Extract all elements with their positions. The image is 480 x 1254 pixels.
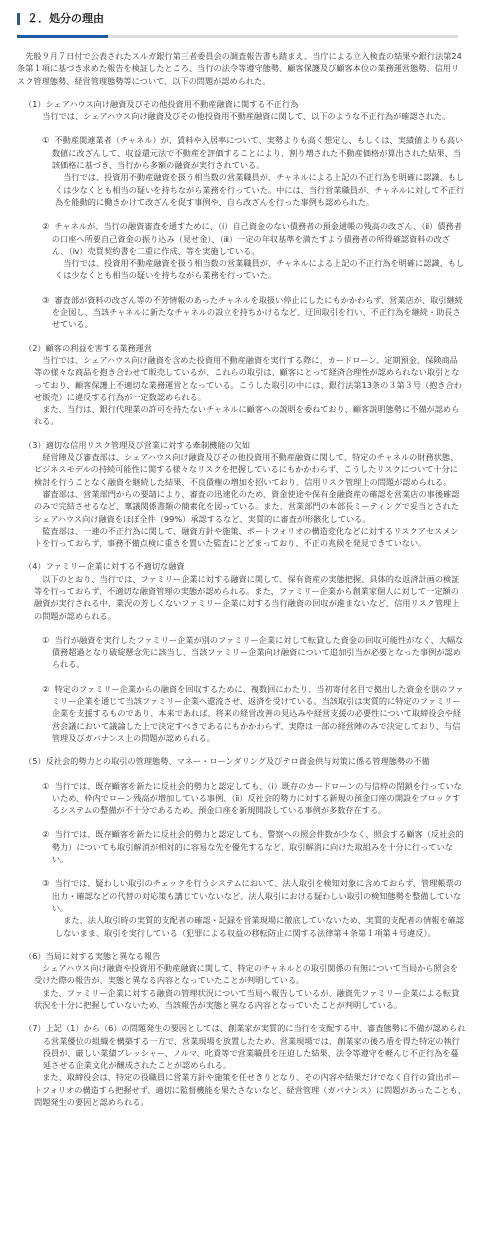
item-number: ① xyxy=(42,634,52,646)
section-2: （2）顧客の利益を害する業務運営 当行では、シェアハウス向け融資を含めた投資用不… xyxy=(17,342,466,428)
list-item: ① 当行では、既存顧客を新たに反社会的勢力と認定しても、（ⅰ）既存のカードローン… xyxy=(42,780,466,817)
item-text: 当行では、既存顧客を新たに反社会的勢力と認定しても、警察への照会件数が少なく、照… xyxy=(52,829,464,864)
section-4: （4）ファミリー企業に対する不適切な融資 以下のとおり、当行では、ファミリー企業… xyxy=(17,560,466,744)
section-body: 当行では、シェアハウス向け融資を含めた投資用不動産融資を実行する際に、カードロー… xyxy=(34,354,466,428)
page-title: ２．処分の理由 xyxy=(27,13,104,25)
section-title: （1）シェアハウス向け融資及びその他投資用不動産融資に関する不正行為 xyxy=(24,98,466,110)
paragraph: また、当行は、銀行代理業の許可を持たないチャネルに顧客への説明を委ねており、顧客… xyxy=(34,403,466,428)
paragraph: 監査部は、一連の不正行為に関して、融資方針や施策、ポートフォリオの構造変化などに… xyxy=(34,525,466,550)
item-list: ① 当行が融資を実行したファミリー企業が別のファミリー企業に対して転貸した資金の… xyxy=(17,634,466,744)
heading-underline xyxy=(17,35,458,38)
section-heading: ２．処分の理由 xyxy=(17,0,466,38)
item-text: 当行では、既存顧客を新たに反社会的勢力と認定しても、（ⅰ）既存のカードローンの与… xyxy=(52,781,462,816)
intro-paragraph: 先般９月７日付で公表されたスルガ銀行第三者委員会の調査報告書も踏まえ、当庁による… xyxy=(17,50,466,87)
section-body: シェアハウス向け融資や投資用不動産融資に関して、特定のチャネルとの取引関係の有無… xyxy=(34,962,466,1011)
item-number: ③ xyxy=(42,294,52,306)
paragraph: 以下のとおり、当行では、ファミリー企業に対する融資に関して、保有資産の実態把握、… xyxy=(34,573,466,622)
item-number: ② xyxy=(42,683,52,695)
list-item: ② 特定のファミリー企業からの融資を回収するために、複数回にわたり、当初寄付名目… xyxy=(42,683,466,744)
section-title: （3）適切な信用リスク管理及び営業に対する牽制機能の欠如 xyxy=(24,439,466,451)
section-title: （5）反社会的勢力との取引の管理態勢、マネー・ローンダリング及びテロ資金供与対策… xyxy=(24,755,466,767)
heading-row: ２．処分の理由 xyxy=(17,12,466,26)
item-number: ③ xyxy=(42,877,52,889)
heading-underline-accent xyxy=(17,35,108,38)
item-text: 不動産関連業者（チャネル）が、賃料や入居率について、実勢よりも高く想定し、もしく… xyxy=(52,135,463,170)
paragraph: また、取締役会は、特定の役職員に営業方針や施策を任せきりとなり、その内容や結果だ… xyxy=(34,1071,466,1108)
section-body: 以下のとおり、当行では、ファミリー企業に対する融資に関して、保有資産の実態把握、… xyxy=(34,573,466,622)
section-title: （4）ファミリー企業に対する不適切な融資 xyxy=(24,560,466,572)
list-item: ① 当行が融資を実行したファミリー企業が別のファミリー企業に対して転貸した資金の… xyxy=(42,634,466,671)
paragraph: 経営陣及び審査部は、シェアハウス向け融資及びその他投資用不動産融資に関して、特定… xyxy=(34,451,466,488)
item-text: チャネルが、当行の融資審査を通すために、（ⅰ）自己資金のない債務者の預金通帳の残… xyxy=(52,221,462,256)
paragraph: また、ファミリー企業に対する融資の管理状況について当局へ報告しているが、融資先フ… xyxy=(34,987,466,1012)
section-6: （6）当局に対する実態と異なる報告 シェアハウス向け融資や投資用不動産融資に関し… xyxy=(17,950,466,1011)
list-item: ③ 審査部が資料の改ざん等の不芳情報のあったチャネルを取扱い停止にしたにもかかわ… xyxy=(42,294,466,331)
section-1: （1）シェアハウス向け融資及びその他投資用不動産融資に関する不正行為 当行では、… xyxy=(17,98,466,331)
item-text: 当行が融資を実行したファミリー企業が別のファミリー企業に対して転貸した資金の回収… xyxy=(52,635,464,670)
heading-accent-bar xyxy=(17,13,20,25)
item-list: ① 当行では、既存顧客を新たに反社会的勢力と認定しても、（ⅰ）既存のカードローン… xyxy=(17,780,466,939)
paragraph: シェアハウス向け融資や投資用不動産融資に関して、特定のチャネルとの取引関係の有無… xyxy=(34,962,466,987)
section-body: 経営陣及び審査部は、シェアハウス向け融資及びその他投資用不動産融資に関して、特定… xyxy=(34,451,466,549)
section-3: （3）適切な信用リスク管理及び営業に対する牽制機能の欠如 経営陣及び審査部は、シ… xyxy=(17,439,466,550)
item-text: 当行では、疑わしい取引のチェックを行うシステムにおいて、法人取引を検知対象に含め… xyxy=(52,878,462,913)
item-number: ① xyxy=(42,134,52,146)
list-item: ① 不動産関連業者（チャネル）が、賃料や入居率について、実勢よりも高く想定し、も… xyxy=(42,134,466,208)
list-item: ③ 当行では、疑わしい取引のチェックを行うシステムにおいて、法人取引を検知対象に… xyxy=(42,877,466,938)
section-body: 当行では、シェアハウス向け融資及びその他投資用不動産融資に関して、以下のような不… xyxy=(34,110,466,122)
item-number: ② xyxy=(42,220,52,232)
section-title: （7）上記（1）から（6）の問題発生の要因としては、創業家が実質的に当行を支配す… xyxy=(24,1022,466,1071)
paragraph: 当行では、投資用不動産融資を扱う相当数の営業職員が、チャネルによる上記の不正行為… xyxy=(55,257,466,282)
section-5: （5）反社会的勢力との取引の管理態勢、マネー・ローンダリング及びテロ資金供与対策… xyxy=(17,755,466,939)
section-body: また、取締役会は、特定の役職員に営業方針や施策を任せきりとなり、その内容や結果だ… xyxy=(34,1071,466,1108)
paragraph: 審査部は、営業部門からの要請により、審査の迅速化のため、資金使途や保有金融資産の… xyxy=(34,488,466,525)
section-title: （6）当局に対する実態と異なる報告 xyxy=(24,950,466,962)
list-item: ② 当行では、既存顧客を新たに反社会的勢力と認定しても、警察への照会件数が少なく… xyxy=(42,828,466,865)
document-page: ２．処分の理由 先般９月７日付で公表されたスルガ銀行第三者委員会の調査報告書も踏… xyxy=(0,0,480,1108)
paragraph: 当行では、シェアハウス向け融資及びその他投資用不動産融資に関して、以下のような不… xyxy=(34,110,466,122)
section-7: （7）上記（1）から（6）の問題発生の要因としては、創業家が実質的に当行を支配す… xyxy=(17,1022,466,1108)
item-number: ① xyxy=(42,780,52,792)
item-text: 審査部が資料の改ざん等の不芳情報のあったチャネルを取扱い停止にしたにもかかわらず… xyxy=(52,295,463,330)
paragraph: 当行では、シェアハウス向け融資を含めた投資用不動産融資を実行する際に、カードロー… xyxy=(34,354,466,403)
item-number: ② xyxy=(42,828,52,840)
paragraph: 当行では、投資用不動産融資を扱う相当数の営業職員が、チャネルによる上記の不正行為… xyxy=(55,171,466,208)
section-title: （2）顧客の利益を害する業務運営 xyxy=(24,342,466,354)
item-list: ① 不動産関連業者（チャネル）が、賃料や入居率について、実勢よりも高く想定し、も… xyxy=(17,134,466,330)
paragraph: また、法人取引時の実質的支配者の確認・記録を営業現場に徹底していないため、実質的… xyxy=(55,914,466,939)
item-text: 特定のファミリー企業からの融資を回収するために、複数回にわたり、当初寄付名目で拠… xyxy=(52,684,464,743)
list-item: ② チャネルが、当行の融資審査を通すために、（ⅰ）自己資金のない債務者の預金通帳… xyxy=(42,220,466,281)
